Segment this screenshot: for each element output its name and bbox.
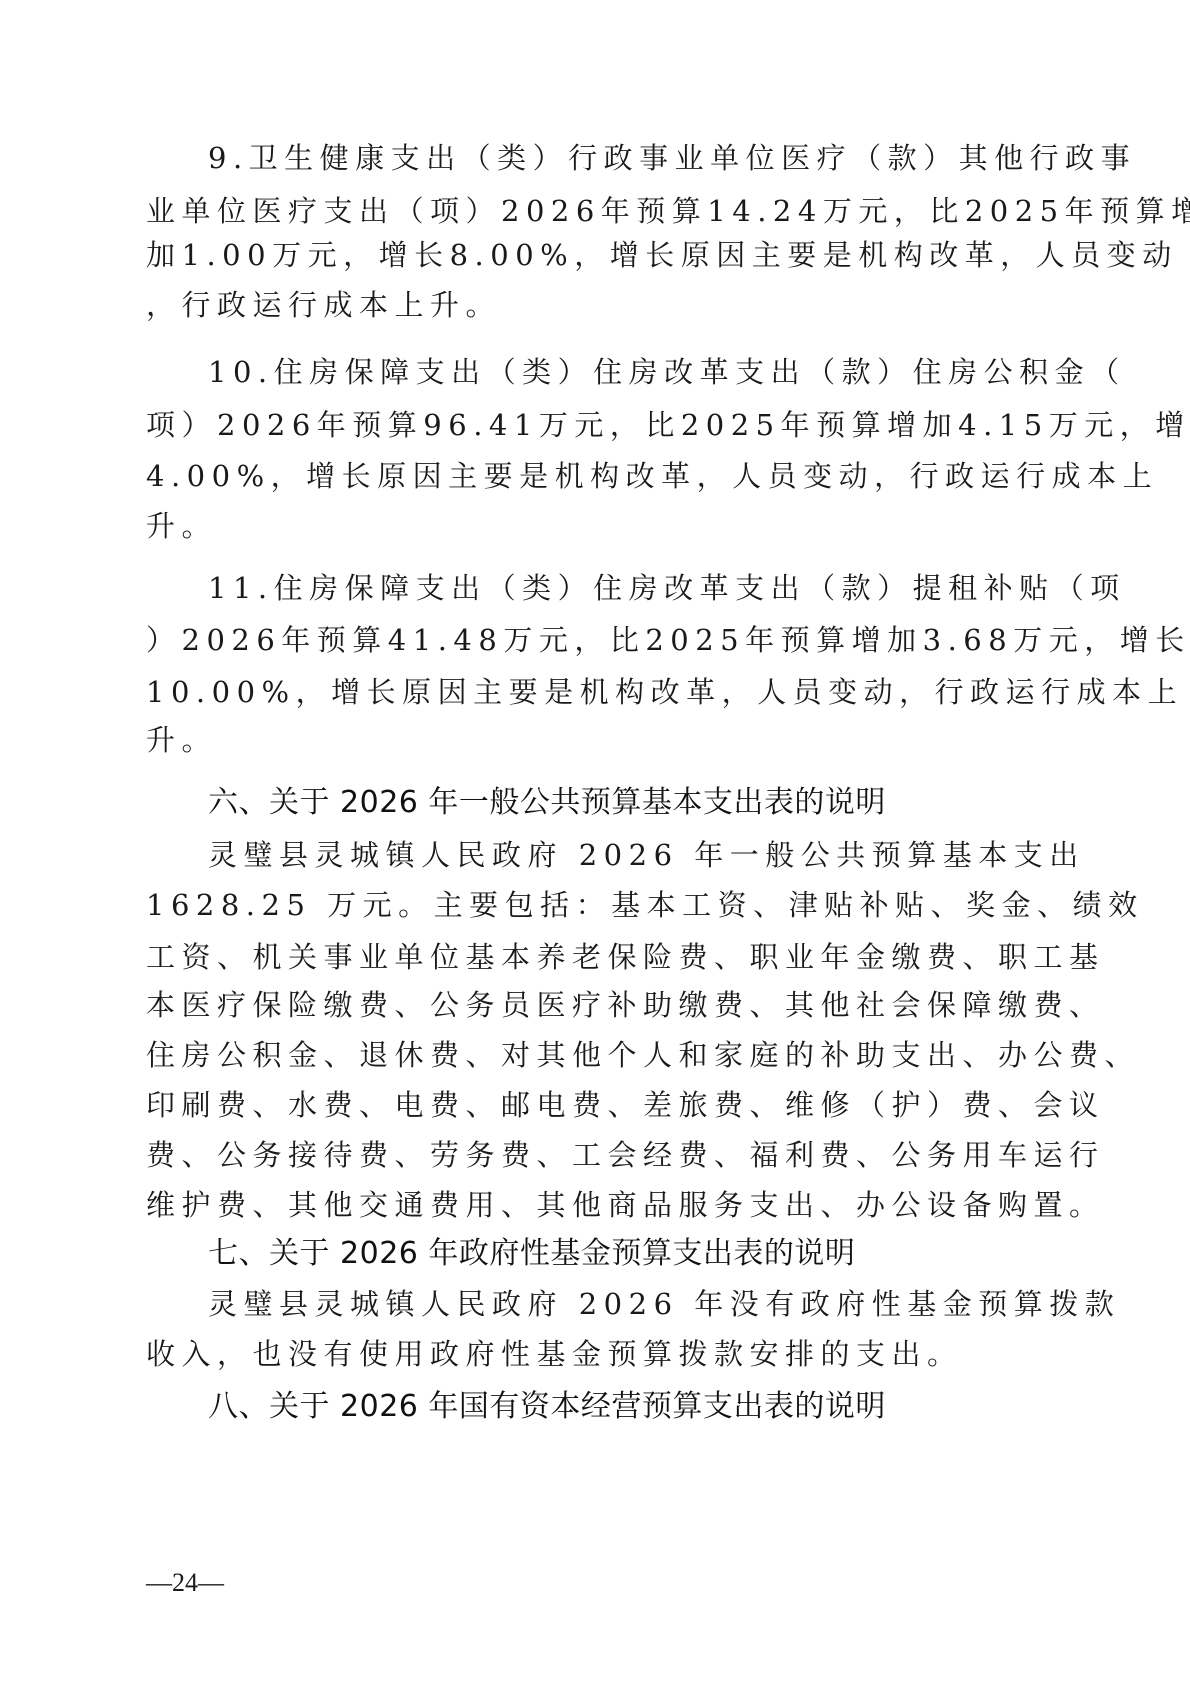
section-heading: 八、关于 2026 年国有资本经营预算支出表的说明	[208, 1387, 886, 1427]
paragraph-line: 住房公积金、退休费、对其他个人和家庭的补助支出、办公费、	[146, 1035, 1140, 1075]
paragraph-line: 工资、机关事业单位基本养老保险费、职业年金缴费、职工基	[146, 937, 1105, 977]
paragraph-line: ，行政运行成本上升。	[146, 285, 501, 325]
paragraph-line: 维护费、其他交通费用、其他商品服务支出、办公设备购置。	[146, 1185, 1105, 1225]
paragraph-line: 11.住房保障支出（类）住房改革支出（款）提租补贴（项	[208, 568, 1126, 608]
paragraph-line: ）2026年预算41.48万元，比2025年预算增加3.68万元，增长	[146, 620, 1190, 660]
paragraph-line: 费、公务接待费、劳务费、工会经费、福利费、公务用车运行	[146, 1135, 1105, 1175]
paragraph-line: 本医疗保险缴费、公务员医疗补助缴费、其他社会保障缴费、	[146, 985, 1105, 1025]
paragraph-line: 印刷费、水费、电费、邮电费、差旅费、维修（护）费、会议	[146, 1085, 1105, 1125]
paragraph-line: 1628.25 万元。主要包括：基本工资、津贴补贴、奖金、绩效	[146, 885, 1144, 925]
paragraph-line: 4.00%，增长原因主要是机构改革，人员变动，行政运行成本上	[146, 456, 1158, 496]
paragraph-line: 灵璧县灵城镇人民政府 2026 年没有政府性基金预算拨款	[208, 1284, 1120, 1324]
paragraph-line: 项）2026年预算96.41万元，比2025年预算增加4.15万元，增长	[146, 405, 1190, 445]
paragraph-line: 加1.00万元，增长8.00%，增长原因主要是机构改革，人员变动	[146, 235, 1178, 275]
section-heading: 六、关于 2026 年一般公共预算基本支出表的说明	[208, 783, 886, 823]
paragraph-line: 收入，也没有使用政府性基金预算拨款安排的支出。	[146, 1334, 963, 1374]
paragraph-line: 业单位医疗支出（项）2026年预算14.24万元，比2025年预算增	[146, 191, 1190, 231]
paragraph-line: 10.00%，增长原因主要是机构改革，人员变动，行政运行成本上	[146, 672, 1183, 712]
paragraph-line: 升。	[146, 506, 217, 546]
document-page: 9.卫生健康支出（类）行政事业单位医疗（款）其他行政事 业单位医疗支出（项）20…	[0, 0, 1190, 1683]
section-heading: 七、关于 2026 年政府性基金预算支出表的说明	[208, 1234, 855, 1274]
paragraph-line: 10.住房保障支出（类）住房改革支出（款）住房公积金（	[208, 352, 1126, 392]
paragraph-line: 灵璧县灵城镇人民政府 2026 年一般公共预算基本支出	[208, 835, 1085, 875]
paragraph-line: 9.卫生健康支出（类）行政事业单位医疗（款）其他行政事	[208, 138, 1136, 178]
paragraph-line: 升。	[146, 720, 217, 760]
page-number: —24—	[146, 1566, 224, 1600]
